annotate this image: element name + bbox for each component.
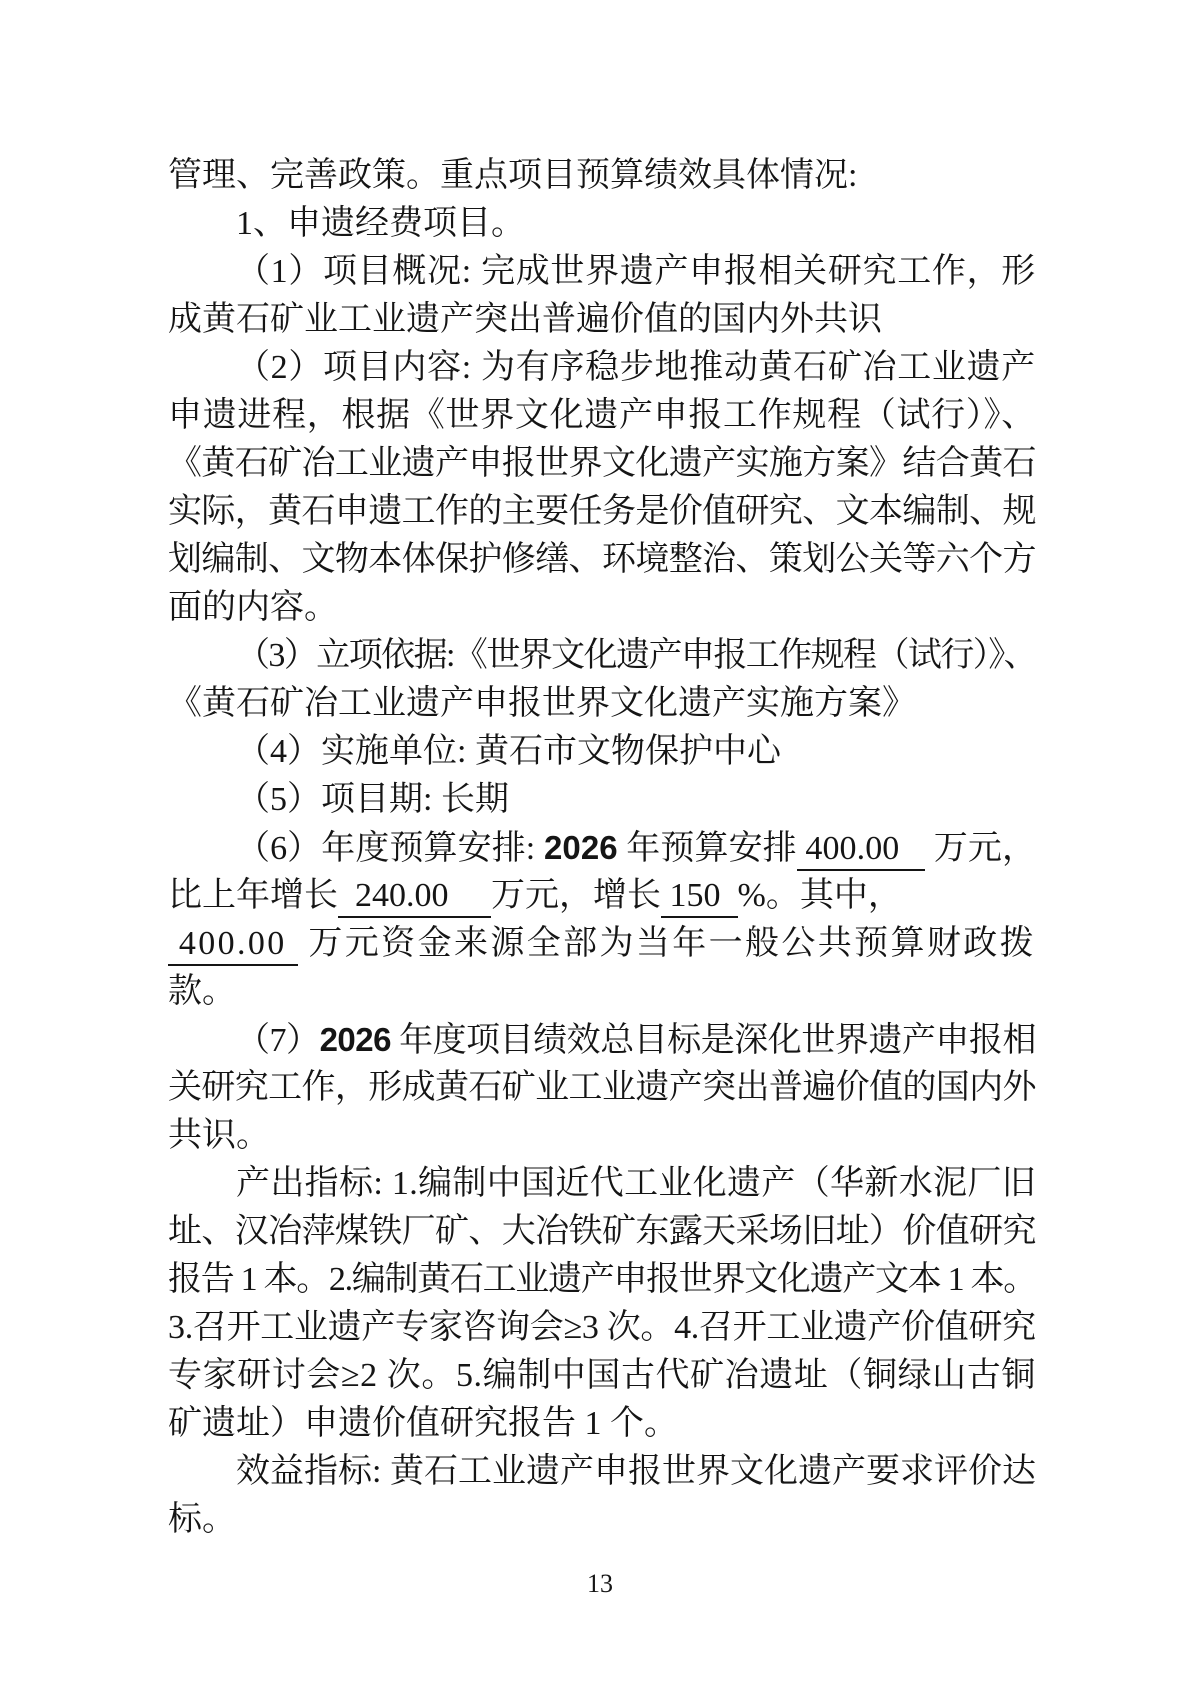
text-line-content: （4）实施单位: 黄石市文物保护中心 [236, 733, 781, 770]
text-segment: 万元， [925, 830, 1036, 867]
text-line-content: 址、汉冶萍煤铁厂矿、大冶铁矿东露天采场旧址）价值研究 [168, 1213, 1036, 1250]
text-line-content: 比上年增长 240.00 万元，增长 150 %。其中， [168, 877, 902, 918]
text-segment: 面的内容。 [168, 589, 338, 626]
underlined-blank-value: 240.00 [338, 877, 491, 918]
text-line-content: 400.00 万元资金来源全部为当年一般公共预算财政拨 [168, 925, 1036, 966]
text-line: 矿遗址）申遗价值研究报告 1 个。 [168, 1400, 1036, 1448]
text-segment: 2026 [544, 829, 618, 866]
text-segment: 划编制、文物本体保护修缮、环境整治、策划公关等六个方 [168, 541, 1036, 578]
text-segment: 《黄石矿冶工业遗产申报世界文化遗产实施方案》结合黄石 [168, 445, 1036, 482]
text-line: 址、汉冶萍煤铁厂矿、大冶铁矿东露天采场旧址）价值研究 [168, 1208, 1036, 1256]
text-line: 款。 [168, 968, 1036, 1016]
text-segment: 1、申遗经费项目。 [236, 205, 525, 242]
text-segment: 万元，增长 [491, 877, 661, 914]
text-segment: 年度项目绩效总目标是深化世界遗产申报相 [391, 1022, 1036, 1059]
text-line-content: （1）项目概况: 完成世界遗产申报相关研究工作，形 [236, 253, 1036, 290]
document-body: 管理、完善政策。重点项目预算绩效具体情况:1、申遗经费项目。（1）项目概况: 完… [168, 152, 1036, 1544]
text-line: （5）项目期: 长期 [168, 776, 1036, 824]
text-segment: 共识。 [168, 1117, 270, 1154]
text-segment: 万元资金来源全部为当年一般公共预算财政拨 [298, 925, 1036, 962]
text-line-content: （3）立项依据:《世界文化遗产申报工作规程（试行）》、 [236, 637, 1036, 674]
text-line: 实际，黄石申遗工作的主要任务是价值研究、文本编制、规 [168, 488, 1036, 536]
text-line-content: 效益指标: 黄石工业遗产申报世界文化遗产要求评价达 [236, 1453, 1036, 1490]
text-segment: （1）项目概况: 完成世界遗产申报相关研究工作，形 [236, 253, 1036, 290]
text-line: 标。 [168, 1496, 1036, 1544]
text-line: （2）项目内容: 为有序稳步地推动黄石矿冶工业遗产 [168, 344, 1036, 392]
text-segment: 专家研讨会≥2 次。5.编制中国古代矿冶遗址（铜绿山古铜 [168, 1357, 1036, 1394]
text-segment: 效益指标: 黄石工业遗产申报世界文化遗产要求评价达 [236, 1453, 1036, 1490]
text-segment: 3.召开工业遗产专家咨询会≥3 次。4.召开工业遗产价值研究 [168, 1309, 1036, 1346]
text-line: 产出指标: 1.编制中国近代工业化遗产（华新水泥厂旧 [168, 1160, 1036, 1208]
text-line: 管理、完善政策。重点项目预算绩效具体情况: [168, 152, 1036, 200]
text-line: （4）实施单位: 黄石市文物保护中心 [168, 728, 1036, 776]
text-line: （1）项目概况: 完成世界遗产申报相关研究工作，形 [168, 248, 1036, 296]
text-segment: （4）实施单位: 黄石市文物保护中心 [236, 733, 781, 770]
text-line-content: 《黄石矿冶工业遗产申报世界文化遗产实施方案》 [168, 685, 916, 722]
text-line-content: 标。 [168, 1501, 236, 1538]
text-line-content: （2）项目内容: 为有序稳步地推动黄石矿冶工业遗产 [236, 349, 1036, 386]
text-segment: （3）立项依据:《世界文化遗产申报工作规程（试行）》、 [236, 637, 1036, 674]
text-line-content: 矿遗址）申遗价值研究报告 1 个。 [168, 1405, 678, 1442]
text-line-content: 产出指标: 1.编制中国近代工业化遗产（华新水泥厂旧 [236, 1165, 1036, 1202]
text-line-content: 专家研讨会≥2 次。5.编制中国古代矿冶遗址（铜绿山古铜 [168, 1357, 1036, 1394]
text-line: 比上年增长 240.00 万元，增长 150 %。其中， [168, 872, 1036, 920]
text-segment: 标。 [168, 1501, 236, 1538]
underlined-blank-value: 150 [661, 877, 738, 918]
text-line-content: 报告 1 本。2.编制黄石工业遗产申报世界文化遗产文本 1 本。 [168, 1261, 1036, 1298]
text-line-content: 划编制、文物本体保护修缮、环境整治、策划公关等六个方 [168, 541, 1036, 578]
text-line: 400.00 万元资金来源全部为当年一般公共预算财政拨 [168, 920, 1036, 968]
text-segment: %。其中， [738, 877, 902, 914]
text-segment: 址、汉冶萍煤铁厂矿、大冶铁矿东露天采场旧址）价值研究 [168, 1213, 1036, 1250]
text-line: 关研究工作，形成黄石矿业工业遗产突出普遍价值的国内外 [168, 1064, 1036, 1112]
text-line-content: 管理、完善政策。重点项目预算绩效具体情况: [168, 157, 857, 194]
text-line-content: 共识。 [168, 1117, 270, 1154]
text-segment: （5）项目期: 长期 [236, 781, 509, 818]
text-line-content: 《黄石矿冶工业遗产申报世界文化遗产实施方案》结合黄石 [168, 445, 1036, 482]
text-line: 划编制、文物本体保护修缮、环境整治、策划公关等六个方 [168, 536, 1036, 584]
text-line-content: 申遗进程，根据《世界文化遗产申报工作规程（试行）》、 [168, 397, 1036, 434]
text-line: 《黄石矿冶工业遗产申报世界文化遗产实施方案》 [168, 680, 1036, 728]
text-segment: 管理、完善政策。重点项目预算绩效具体情况: [168, 157, 857, 194]
text-line-content: 3.召开工业遗产专家咨询会≥3 次。4.召开工业遗产价值研究 [168, 1309, 1036, 1346]
text-segment: 申遗进程，根据《世界文化遗产申报工作规程（试行）》、 [168, 397, 1036, 434]
text-line: 成黄石矿业工业遗产突出普遍价值的国内外共识 [168, 296, 1036, 344]
text-line-content: 成黄石矿业工业遗产突出普遍价值的国内外共识 [168, 301, 882, 338]
text-line: 《黄石矿冶工业遗产申报世界文化遗产实施方案》结合黄石 [168, 440, 1036, 488]
text-line: 效益指标: 黄石工业遗产申报世界文化遗产要求评价达 [168, 1448, 1036, 1496]
underlined-blank-value: 400.00 [797, 830, 925, 871]
text-segment: 矿遗址）申遗价值研究报告 1 个。 [168, 1405, 678, 1442]
text-line: 申遗进程，根据《世界文化遗产申报工作规程（试行）》、 [168, 392, 1036, 440]
text-line: 专家研讨会≥2 次。5.编制中国古代矿冶遗址（铜绿山古铜 [168, 1352, 1036, 1400]
underlined-blank-value: 400.00 [168, 925, 298, 966]
text-segment: （6）年度预算安排: [236, 830, 544, 867]
text-segment: 成黄石矿业工业遗产突出普遍价值的国内外共识 [168, 301, 882, 338]
text-segment: 款。 [168, 973, 236, 1010]
text-segment: 报告 1 本。2.编制黄石工业遗产申报世界文化遗产文本 1 本。 [168, 1261, 1036, 1298]
text-segment: 年预算安排 [618, 830, 797, 867]
text-line-content: 面的内容。 [168, 589, 338, 626]
text-line-content: 实际，黄石申遗工作的主要任务是价值研究、文本编制、规 [168, 493, 1036, 530]
document-page: 管理、完善政策。重点项目预算绩效具体情况:1、申遗经费项目。（1）项目概况: 完… [0, 0, 1200, 1697]
text-line-content: （7）2026 年度项目绩效总目标是深化世界遗产申报相 [236, 1022, 1036, 1059]
text-segment: 关研究工作，形成黄石矿业工业遗产突出普遍价值的国内外 [168, 1069, 1036, 1106]
text-line-content: （5）项目期: 长期 [236, 781, 509, 818]
text-line-content: 款。 [168, 973, 236, 1010]
text-line: 报告 1 本。2.编制黄石工业遗产申报世界文化遗产文本 1 本。 [168, 1256, 1036, 1304]
page-number: 13 [0, 1568, 1200, 1600]
text-line: （6）年度预算安排: 2026 年预算安排 400.00 万元， [168, 824, 1036, 872]
text-segment: 产出指标: 1.编制中国近代工业化遗产（华新水泥厂旧 [236, 1165, 1036, 1202]
text-segment: （2）项目内容: 为有序稳步地推动黄石矿冶工业遗产 [236, 349, 1036, 386]
text-line-content: 关研究工作，形成黄石矿业工业遗产突出普遍价值的国内外 [168, 1069, 1036, 1106]
text-line: 面的内容。 [168, 584, 1036, 632]
text-segment: 《黄石矿冶工业遗产申报世界文化遗产实施方案》 [168, 685, 916, 722]
text-segment: （7） [236, 1022, 320, 1059]
text-segment: 2026 [320, 1021, 392, 1058]
text-segment: 比上年增长 [168, 877, 338, 914]
text-line: 共识。 [168, 1112, 1036, 1160]
text-line: （7）2026 年度项目绩效总目标是深化世界遗产申报相 [168, 1016, 1036, 1064]
text-line: 3.召开工业遗产专家咨询会≥3 次。4.召开工业遗产价值研究 [168, 1304, 1036, 1352]
text-line: （3）立项依据:《世界文化遗产申报工作规程（试行）》、 [168, 632, 1036, 680]
text-line: 1、申遗经费项目。 [168, 200, 1036, 248]
text-segment: 实际，黄石申遗工作的主要任务是价值研究、文本编制、规 [168, 493, 1036, 530]
text-line-content: 1、申遗经费项目。 [236, 205, 525, 242]
text-line-content: （6）年度预算安排: 2026 年预算安排 400.00 万元， [236, 830, 1036, 867]
